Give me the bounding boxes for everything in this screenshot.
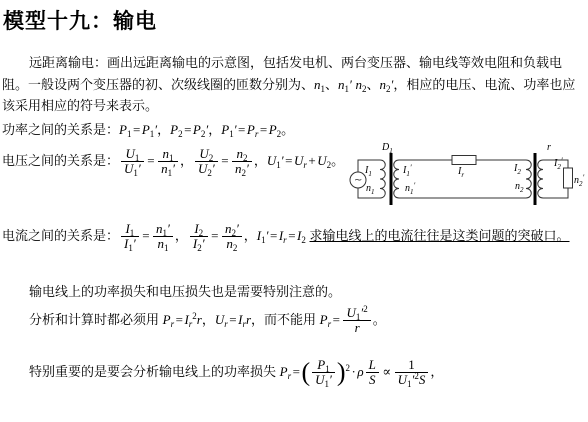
label-D1: D1 (381, 142, 393, 155)
label-n2-prime: n2′ (574, 173, 585, 188)
load-resistor (564, 168, 573, 188)
document-page: 模型十九：输电 远距离输电：画出远距离输电的示意图，包括发电机、两台变压器、输电… (0, 0, 588, 422)
secondary-coil-2 (538, 160, 543, 198)
label-Ir: Ir (457, 166, 464, 179)
power-relation-line: 功率之间的关系是：P1=P1′，P2=P2′，P1′=Pr=P2。 (2, 119, 294, 138)
loss-note-line: 输电线上的功率损失和电压损失也是需要特别注意的。 (29, 281, 341, 300)
label-I2-prime: I2′ (553, 156, 563, 171)
page-title: 模型十九：输电 (3, 5, 157, 35)
primary-coil-1 (380, 160, 385, 198)
primary-coil-2 (526, 160, 531, 198)
line-resistor (452, 156, 476, 165)
label-n2: n2 (515, 181, 524, 194)
label-r: r (547, 142, 551, 153)
voltage-relation-line: 电压之间的关系是：U1U1′=n1n1′，U2U2′=n2n2′，U1′=Ur+… (2, 147, 344, 176)
calculation-note-line: 分析和计算时都必须用 Pr=Ir2r，Ur=Irr，而不能用 Pr=U1′2r。 (29, 306, 386, 335)
current-relation-line: 电流之间的关系是：I1I1′=n1′n1，I2I2′=n2′n2，I1′=Ir=… (2, 222, 570, 251)
label-I1-prime: I1′ (402, 163, 412, 178)
transmission-circuit-diagram: ~ D1 I1 n1 I1′ n1′ Ir I2 n2 r I2′ n2′ (342, 140, 588, 218)
intro-paragraph: 远距离输电：画出远距离输电的示意图，包括发电机、两台变压器、输电线等效电阻和负载… (2, 52, 587, 117)
ac-source-symbol: ~ (354, 175, 362, 186)
important-note-line: 特别重要的是要会分析输电线上的功率损失 Pr=(P1U1′)2·ρLS∝1U1′… (29, 358, 443, 387)
secondary-coil-1 (394, 160, 399, 198)
label-n1-prime: n1′ (405, 181, 416, 196)
label-n1: n1 (366, 183, 375, 196)
label-I2: I2 (513, 163, 521, 176)
